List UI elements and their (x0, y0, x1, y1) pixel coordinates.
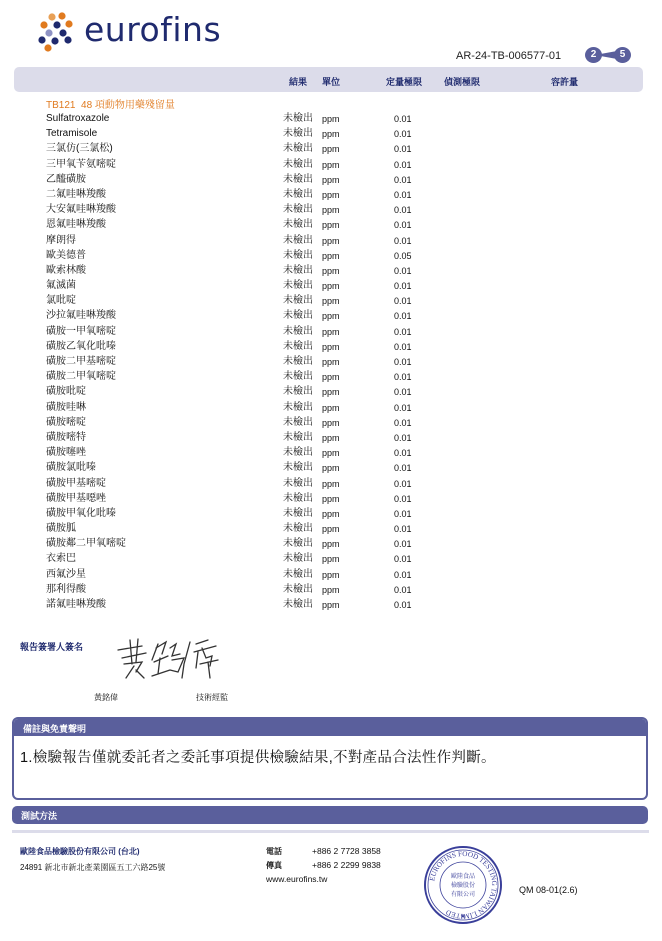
unit-value: ppm (322, 112, 340, 126)
website-link[interactable]: www.eurofins.tw (266, 874, 327, 884)
section-code: TB121 (46, 100, 75, 111)
loq-value: 0.01 (394, 309, 412, 323)
table-row: 那利得酸未檢出ppm0.01 (0, 583, 662, 598)
col-result: 結果 (289, 75, 307, 88)
unit-value: ppm (322, 249, 340, 263)
unit-value: ppm (322, 537, 340, 551)
table-row: 磺胺二甲氧嘧啶未檢出ppm0.01 (0, 370, 662, 385)
table-row: 沙拉氟哇啉羧酸未檢出ppm0.01 (0, 309, 662, 324)
result-value: 未檢出 (283, 446, 313, 460)
signatory-label: 報告簽署人簽名 (20, 640, 83, 653)
unit-value: ppm (322, 507, 340, 521)
page-total: 5 (614, 47, 631, 63)
loq-value: 0.01 (394, 325, 412, 339)
table-row: 歐美德普未檢出ppm0.05 (0, 249, 662, 264)
result-value: 未檢出 (283, 477, 313, 491)
table-row: 諾氟哇啉羧酸未檢出ppm0.01 (0, 598, 662, 613)
table-row: 乙醯磺胺未檢出ppm0.01 (0, 173, 662, 188)
unit-value: ppm (322, 385, 340, 399)
unit-value: ppm (322, 461, 340, 475)
unit-value: ppm (322, 370, 340, 384)
analyte-name: 磺胺嘧啶 (46, 416, 86, 430)
result-value: 未檢出 (283, 340, 313, 354)
footer-divider (12, 830, 649, 833)
analyte-name: 歐美德普 (46, 249, 86, 263)
eurofins-logo-mark (38, 12, 82, 52)
analyte-name: 磺胺二甲氧嘧啶 (46, 370, 116, 384)
loq-value: 0.01 (394, 583, 412, 597)
unit-value: ppm (322, 446, 340, 460)
analyte-name: 諾氟哇啉羧酸 (46, 598, 106, 612)
analyte-name: 乙醯磺胺 (46, 173, 86, 187)
analyte-name: 二氟哇啉羧酸 (46, 188, 106, 202)
unit-value: ppm (322, 522, 340, 536)
unit-value: ppm (322, 158, 340, 172)
analyte-name: 磺胺噻唑 (46, 446, 86, 460)
table-row: 衣索巴未檢出ppm0.01 (0, 552, 662, 567)
loq-value: 0.01 (394, 492, 412, 506)
unit-value: ppm (322, 568, 340, 582)
phone-label: 電話 (266, 846, 282, 857)
unit-value: ppm (322, 294, 340, 308)
loq-value: 0.05 (394, 249, 412, 263)
unit-value: ppm (322, 598, 340, 612)
table-row: 磺胺甲氧化吡嗪未檢出ppm0.01 (0, 507, 662, 522)
table-row: 摩朗得未檢出ppm0.01 (0, 234, 662, 249)
disclaimer-box: 備註與免責聲明 1.檢驗報告僅就委託者之委託事項提供檢驗結果,不對產品合法性作判… (12, 717, 648, 800)
result-value: 未檢出 (283, 507, 313, 521)
result-value: 未檢出 (283, 385, 313, 399)
page-indicator: 2 5 (585, 47, 633, 63)
result-value: 未檢出 (283, 234, 313, 248)
table-row: 氟滅菌未檢出ppm0.01 (0, 279, 662, 294)
col-unit: 單位 (322, 75, 340, 88)
unit-value: ppm (322, 279, 340, 293)
result-value: 未檢出 (283, 158, 313, 172)
table-row: 磺胺乙氧化吡嗪未檢出ppm0.01 (0, 340, 662, 355)
unit-value: ppm (322, 203, 340, 217)
result-value: 未檢出 (283, 568, 313, 582)
analyte-name: 磺胺鄰二甲氧嘧啶 (46, 537, 126, 551)
result-value: 未檢出 (283, 552, 313, 566)
result-value: 未檢出 (283, 203, 313, 217)
loq-value: 0.01 (394, 401, 412, 415)
result-value: 未檢出 (283, 264, 313, 278)
table-row: 三甲氧苄氨嘧啶未檢出ppm0.01 (0, 158, 662, 173)
table-row: 磺胺鄰二甲氧嘧啶未檢出ppm0.01 (0, 537, 662, 552)
unit-value: ppm (322, 355, 340, 369)
seal-star-icon: ★ (460, 913, 465, 920)
unit-value: ppm (322, 401, 340, 415)
report-id: AR-24-TB-006577-01 (456, 50, 561, 62)
analyte-name: 磺胺甲基嘧啶 (46, 477, 106, 491)
unit-value: ppm (322, 173, 340, 187)
loq-value: 0.01 (394, 279, 412, 293)
table-row: 歐索林酸未檢出ppm0.01 (0, 264, 662, 279)
analyte-name: Tetramisole (46, 127, 97, 141)
unit-value: ppm (322, 583, 340, 597)
page-current: 2 (585, 47, 602, 63)
analyte-name: Sulfatroxazole (46, 112, 109, 126)
analyte-name: 三氯仿(三氯松) (46, 142, 113, 156)
result-value: 未檢出 (283, 416, 313, 430)
table-row: 恩氟哇啉羧酸未檢出ppm0.01 (0, 218, 662, 233)
table-row: 三氯仿(三氯松)未檢出ppm0.01 (0, 142, 662, 157)
unit-value: ppm (322, 552, 340, 566)
loq-value: 0.01 (394, 355, 412, 369)
loq-value: 0.01 (394, 522, 412, 536)
result-value: 未檢出 (283, 309, 313, 323)
table-row: 磺胺嘧特未檢出ppm0.01 (0, 431, 662, 446)
result-value: 未檢出 (283, 142, 313, 156)
result-value: 未檢出 (283, 112, 313, 126)
col-lod: 偵測極限 (444, 75, 480, 88)
phone-number: +886 2 7728 3858 (312, 846, 381, 856)
analyte-name: 磺胺嘧特 (46, 431, 86, 445)
loq-value: 0.01 (394, 142, 412, 156)
analyte-name: 摩朗得 (46, 234, 76, 248)
unit-value: ppm (322, 188, 340, 202)
loq-value: 0.01 (394, 188, 412, 202)
result-value: 未檢出 (283, 598, 313, 612)
signer-title: 技術經監 (196, 692, 228, 703)
analyte-name: 三甲氧苄氨嘧啶 (46, 158, 116, 172)
loq-value: 0.01 (394, 294, 412, 308)
result-value: 未檢出 (283, 294, 313, 308)
unit-value: ppm (322, 142, 340, 156)
unit-value: ppm (322, 477, 340, 491)
loq-value: 0.01 (394, 431, 412, 445)
disclaimer-heading: 備註與免責聲明 (14, 719, 646, 736)
result-value: 未檢出 (283, 492, 313, 506)
analyte-name: 磺胺胍 (46, 522, 76, 536)
result-value: 未檢出 (283, 522, 313, 536)
loq-value: 0.01 (394, 507, 412, 521)
results-table: Sulfatroxazole未檢出ppm0.01Tetramisole未檢出pp… (0, 112, 662, 613)
footer-company: 歐陸食品檢驗股份有限公司 (台北) (20, 846, 140, 857)
table-row: 磺胺甲基噁唑未檢出ppm0.01 (0, 492, 662, 507)
seal-line-2: 檢驗股份 (451, 881, 475, 889)
result-value: 未檢出 (283, 127, 313, 141)
analyte-name: 沙拉氟哇啉羧酸 (46, 309, 116, 323)
result-value: 未檢出 (283, 188, 313, 202)
unit-value: ppm (322, 325, 340, 339)
fax-number: +886 2 2299 9838 (312, 860, 381, 870)
table-row: 西氟沙星未檢出ppm0.01 (0, 568, 662, 583)
analyte-name: 衣索巴 (46, 552, 76, 566)
unit-value: ppm (322, 492, 340, 506)
table-row: 磺胺嘧啶未檢出ppm0.01 (0, 416, 662, 431)
loq-value: 0.01 (394, 203, 412, 217)
loq-value: 0.01 (394, 446, 412, 460)
table-row: 氯吡啶未檢出ppm0.01 (0, 294, 662, 309)
result-value: 未檢出 (283, 325, 313, 339)
loq-value: 0.01 (394, 568, 412, 582)
analyte-name: 氯吡啶 (46, 294, 76, 308)
analyte-name: 磺胺甲基噁唑 (46, 492, 106, 506)
loq-value: 0.01 (394, 264, 412, 278)
unit-value: ppm (322, 218, 340, 232)
loq-value: 0.01 (394, 173, 412, 187)
form-code: QM 08-01(2.6) (519, 885, 578, 895)
seal-line-1: 歐陸食品 (451, 872, 475, 880)
analyte-name: 恩氟哇啉羧酸 (46, 218, 106, 232)
loq-value: 0.01 (394, 385, 412, 399)
result-value: 未檢出 (283, 173, 313, 187)
disclaimer-text: 1.檢驗報告僅就委託者之委託事項提供檢驗結果,不對產品合法性作判斷。 (20, 746, 496, 767)
analyte-name: 那利得酸 (46, 583, 86, 597)
table-row: Tetramisole未檢出ppm0.01 (0, 127, 662, 142)
result-value: 未檢出 (283, 218, 313, 232)
loq-value: 0.01 (394, 416, 412, 430)
analyte-name: 磺胺甲氧化吡嗪 (46, 507, 116, 521)
loq-value: 0.01 (394, 127, 412, 141)
unit-value: ppm (322, 234, 340, 248)
analyte-name: 磺胺吡啶 (46, 385, 86, 399)
table-row: 磺胺吡啶未檢出ppm0.01 (0, 385, 662, 400)
test-method-heading: 測試方法 (12, 806, 648, 824)
analyte-name: 磺胺一甲氧嘧啶 (46, 325, 116, 339)
footer-address: 24891 新北市新北產業園區五工六路25號 (20, 862, 165, 873)
table-row: 二氟哇啉羧酸未檢出ppm0.01 (0, 188, 662, 203)
analyte-name: 磺胺乙氧化吡嗪 (46, 340, 116, 354)
analyte-name: 大安氟哇啉羧酸 (46, 203, 116, 217)
table-row: 磺胺二甲基嘧啶未檢出ppm0.01 (0, 355, 662, 370)
table-row: 大安氟哇啉羧酸未檢出ppm0.01 (0, 203, 662, 218)
signer-name: 黃銘偉 (94, 692, 118, 703)
loq-value: 0.01 (394, 552, 412, 566)
company-seal-icon: EUROFINS FOOD TESTING TAIWAN LIMITED 歐陸食… (423, 845, 503, 925)
table-row: 磺胺一甲氧嘧啶未檢出ppm0.01 (0, 325, 662, 340)
analyte-name: 歐索林酸 (46, 264, 86, 278)
table-row: 磺胺噻唑未檢出ppm0.01 (0, 446, 662, 461)
loq-value: 0.01 (394, 477, 412, 491)
loq-value: 0.01 (394, 461, 412, 475)
section-name: 48 項動物用藥殘留量 (81, 100, 175, 111)
table-row: Sulfatroxazole未檢出ppm0.01 (0, 112, 662, 127)
loq-value: 0.01 (394, 370, 412, 384)
fax-label: 傳真 (266, 860, 282, 871)
loq-value: 0.01 (394, 340, 412, 354)
result-value: 未檢出 (283, 249, 313, 263)
result-value: 未檢出 (283, 431, 313, 445)
column-header-bar: 結果 單位 定量極限 偵測極限 容許量 (14, 67, 643, 92)
analyte-name: 磺胺二甲基嘧啶 (46, 355, 116, 369)
loq-value: 0.01 (394, 598, 412, 612)
table-row: 磺胺氯吡嗪未檢出ppm0.01 (0, 461, 662, 476)
section-title: TB121 48 項動物用藥殘留量 (46, 96, 175, 111)
col-loq: 定量極限 (386, 75, 422, 88)
loq-value: 0.01 (394, 234, 412, 248)
table-row: 磺胺甲基嘧啶未檢出ppm0.01 (0, 477, 662, 492)
unit-value: ppm (322, 340, 340, 354)
loq-value: 0.01 (394, 537, 412, 551)
analyte-name: 氟滅菌 (46, 279, 76, 293)
result-value: 未檢出 (283, 537, 313, 551)
result-value: 未檢出 (283, 401, 313, 415)
handwritten-signature-icon (112, 634, 222, 680)
unit-value: ppm (322, 127, 340, 141)
seal-line-3: 有限公司 (451, 890, 475, 898)
logo-wordmark: eurofins (84, 10, 221, 49)
result-value: 未檢出 (283, 279, 313, 293)
result-value: 未檢出 (283, 583, 313, 597)
table-row: 磺胺哇啉未檢出ppm0.01 (0, 401, 662, 416)
unit-value: ppm (322, 264, 340, 278)
analyte-name: 磺胺氯吡嗪 (46, 461, 96, 475)
table-row: 磺胺胍未檢出ppm0.01 (0, 522, 662, 537)
loq-value: 0.01 (394, 112, 412, 126)
loq-value: 0.01 (394, 218, 412, 232)
result-value: 未檢出 (283, 461, 313, 475)
unit-value: ppm (322, 416, 340, 430)
loq-value: 0.01 (394, 158, 412, 172)
result-value: 未檢出 (283, 370, 313, 384)
analyte-name: 磺胺哇啉 (46, 401, 86, 415)
unit-value: ppm (322, 431, 340, 445)
unit-value: ppm (322, 309, 340, 323)
col-tolerance: 容許量 (551, 75, 578, 88)
analyte-name: 西氟沙星 (46, 568, 86, 582)
result-value: 未檢出 (283, 355, 313, 369)
